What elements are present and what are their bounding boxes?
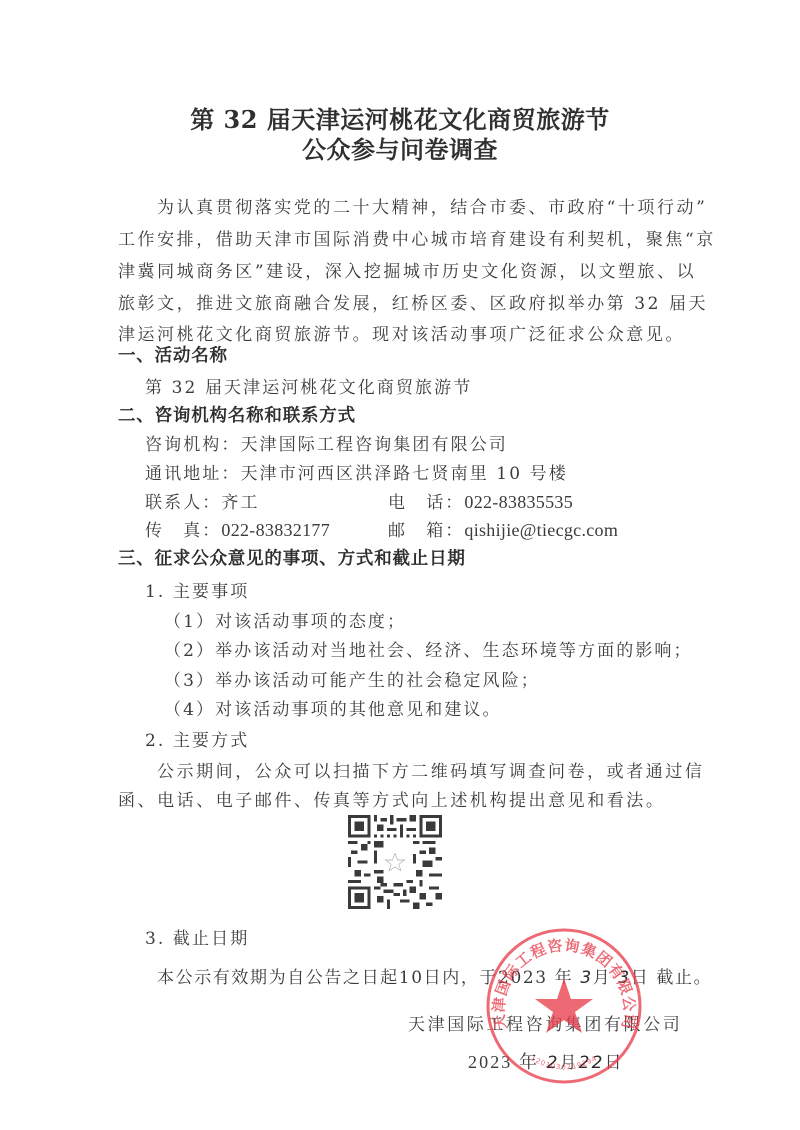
phone-row: 电 话：022-83835535 [388,488,573,513]
document-page: 第 32 届天津运河桃花文化商贸旅游节 公众参与问卷调查 为认真贯彻落实党的二十… [0,0,800,1130]
survey-qr-code[interactable] [348,815,442,909]
intro-line: 工作安排，借助天津市国际消费中心城市培育建设有利契机，聚焦“京 [118,225,716,250]
intro-line: 旅彰文，推进文旅商融合发展，红桥区委、区政府拟举办第 32 届天 [118,289,708,314]
org-label: 咨询机构： [145,435,241,455]
address-row: 通讯地址：天津市河西区洪泽路七贤南里 10 号楼 [145,459,568,484]
intro-line: 为认真贯彻落实党的二十大精神，结合市委、市政府“十项行动” [157,193,707,218]
method-line: 公示期间，公众可以扫描下方二维码填写调查问卷，或者通过信 [157,757,704,782]
intro-line: 津冀同城商务区”建设，深入挖掘城市历史文化资源，以文塑旅、以 [118,257,696,282]
fax-label: 传 真： [145,521,221,541]
address-value: 天津市河西区洪泽路七贤南里 10 号楼 [241,464,568,484]
matter-item: （4）对该活动事项的其他意见和建议。 [164,695,502,720]
section3-heading: 三、征求公众意见的事项、方式和截止日期 [118,545,466,570]
matter-item: （1）对该活动事项的态度； [164,607,406,632]
matter-item: （2）举办该活动对当地社会、经济、生态环境等方面的影响； [164,636,693,661]
sub3-label: 3. 截止日期 [145,924,249,949]
org-row: 咨询机构：天津国际工程咨询集团有限公司 [145,430,508,455]
email-link[interactable]: qishijie@tiecgc.com [464,520,618,540]
org-value: 天津国际工程咨询集团有限公司 [241,435,508,455]
fax-value: 022-83832177 [221,520,330,540]
contact-label: 联系人： [145,493,221,513]
phone-label: 电 话： [388,493,464,513]
section2-heading: 二、咨询机构名称和联系方式 [118,402,356,427]
official-seal-stamp: 天津国际工程咨询集团有限公司 1201030219294 [484,926,644,1086]
document-title-line2: 公众参与问卷调查 [0,130,800,165]
svg-text:1201030219294: 1201030219294 [529,1054,599,1071]
activity-name: 第 32 届天津运河桃花文化商贸旅游节 [145,373,472,398]
contact-row: 联系人：齐工 [145,488,260,513]
sub1-label: 1. 主要事项 [145,577,249,602]
fax-row: 传 真：022-83832177 [145,516,330,541]
address-label: 通讯地址： [145,464,241,484]
matter-item: （3）举办该活动可能产生的社会稳定风险； [164,666,540,691]
phone-value: 022-83835535 [464,492,573,512]
email-label: 邮 箱： [388,521,464,541]
method-line: 函、电话、电子邮件、传真等方式向上述机构提出意见和看法。 [118,786,665,811]
seal-star-icon [535,978,593,1033]
email-row: 邮 箱：qishijie@tiecgc.com [388,516,618,541]
section1-heading: 一、活动名称 [118,342,228,367]
sub2-label: 2. 主要方式 [145,726,249,751]
seal-code: 1201030219294 [529,1054,599,1071]
contact-value: 齐工 [221,493,259,513]
